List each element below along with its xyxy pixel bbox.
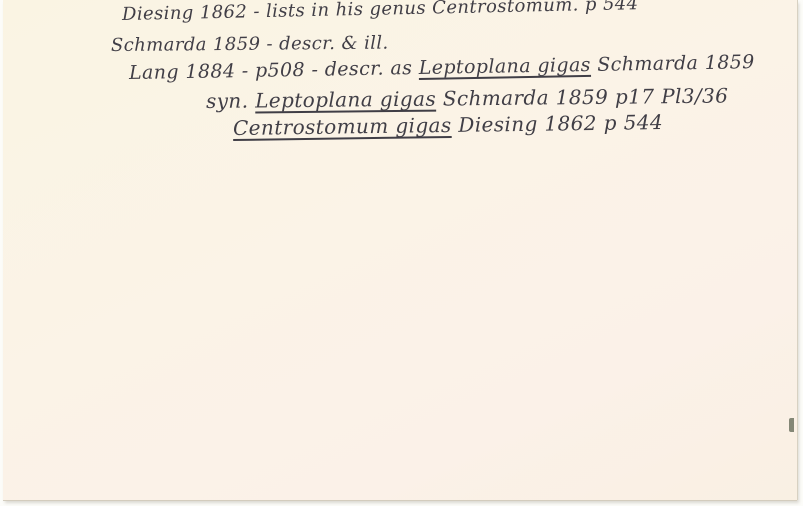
scan-edge-artifact <box>789 418 794 432</box>
text-segment: Lang 1884 - p508 - descr. as <box>129 57 419 84</box>
index-card: Diesing 1862 - lists in his genus Centro… <box>3 0 797 500</box>
text-segment: Schmarda 1859 p17 Pl3/36 <box>436 84 729 111</box>
underlined-species-name: Leptoplana gigas <box>255 87 436 113</box>
underlined-species-name: Centrostomum gigas <box>233 113 452 140</box>
text-segment: Diesing 1862 - lists in his genus Centro… <box>122 0 639 25</box>
text-segment: Schmarda 1859 <box>591 51 755 76</box>
handwritten-line-2: Schmarda 1859 - descr. & ill. <box>111 33 389 56</box>
handwritten-line-3: Lang 1884 - p508 - descr. as Leptoplana … <box>129 51 755 84</box>
handwritten-line-1: Diesing 1862 - lists in his genus Centro… <box>122 0 639 25</box>
text-segment: Schmarda 1859 - descr. & ill. <box>111 33 389 56</box>
handwritten-line-4: syn. Leptoplana gigas Schmarda 1859 p17 … <box>206 84 729 113</box>
underlined-species-name: Leptoplana gigas <box>419 54 592 79</box>
text-segment: Diesing 1862 p 544 <box>451 110 663 137</box>
handwritten-line-5: Centrostomum gigas Diesing 1862 p 544 <box>233 110 663 140</box>
text-segment: syn. <box>206 88 255 113</box>
handwriting-block: Diesing 1862 - lists in his genus Centro… <box>3 0 797 500</box>
scan-background: { "page": { "background_color": "#fcfcf9… <box>0 0 803 506</box>
